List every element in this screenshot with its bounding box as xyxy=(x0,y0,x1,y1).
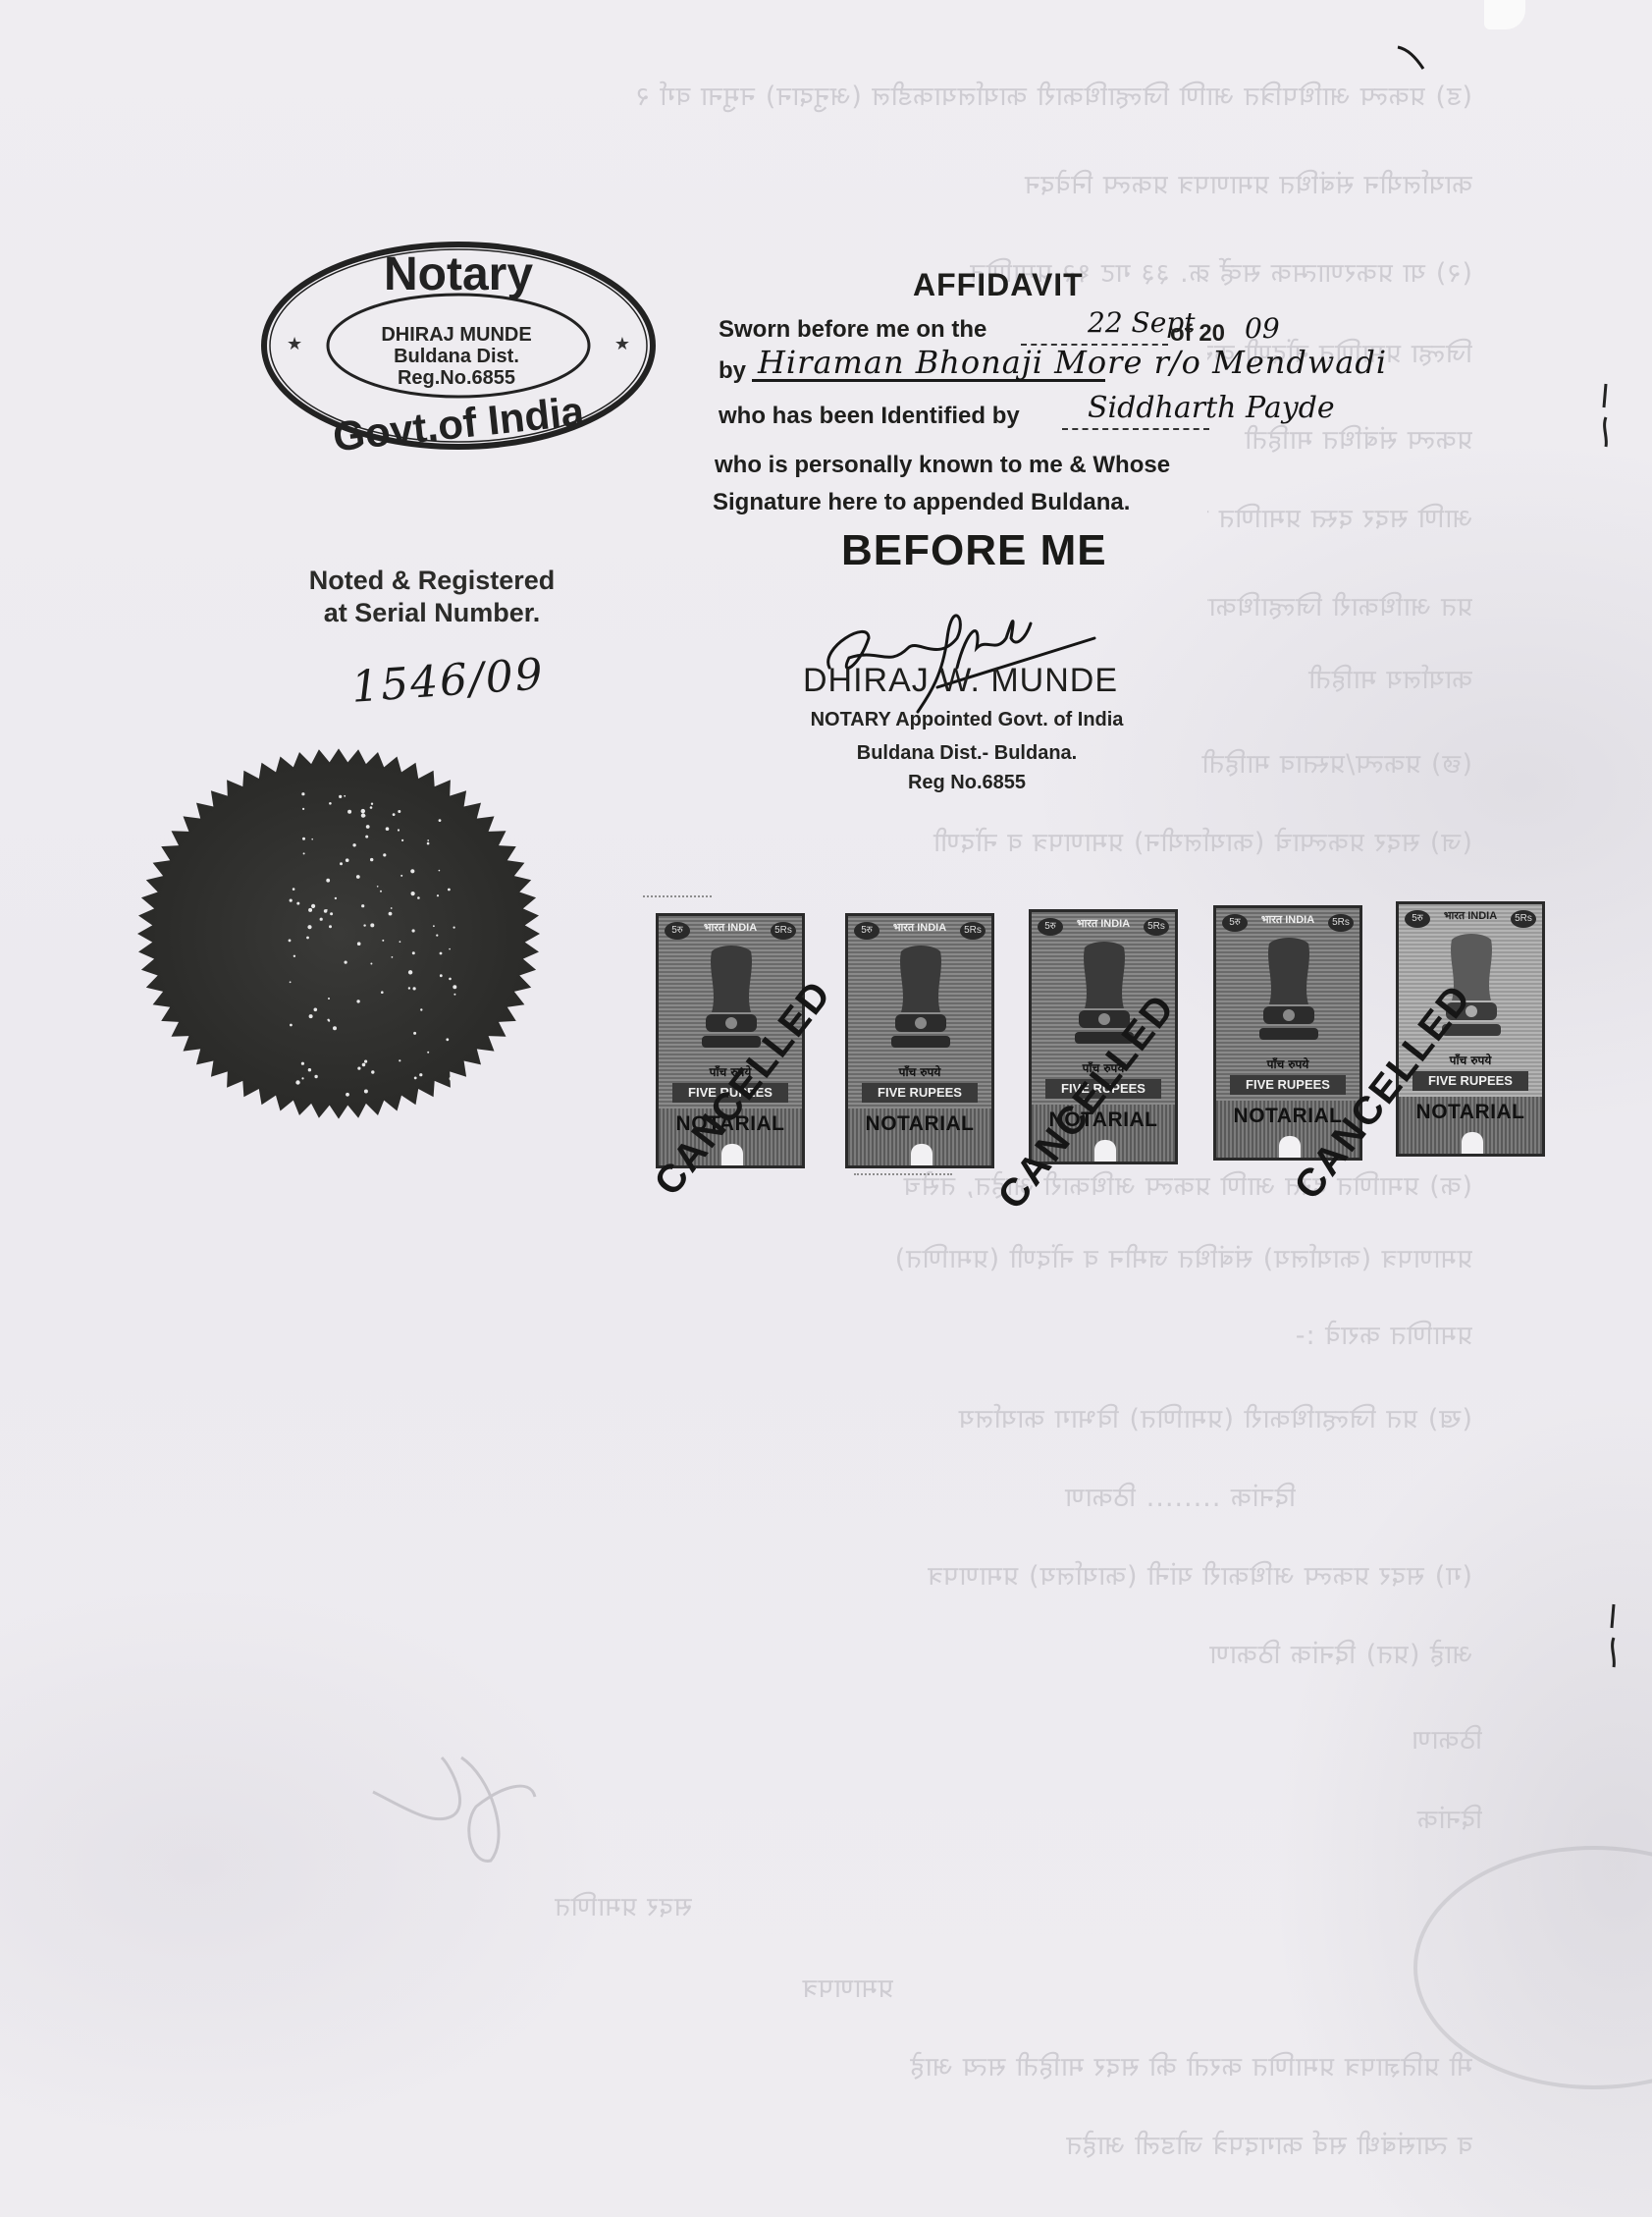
stamp-punch-hole xyxy=(1279,1136,1301,1161)
bleed-text-line: (ड) प्रकल्प आधिपत्रित आणि जिल्हाधिकारी क… xyxy=(118,77,1472,113)
denomination-badge: 5Rs xyxy=(1144,918,1169,936)
registration-line-1: Noted & Registered xyxy=(280,565,584,597)
known-line: who is personally known to me & Whose xyxy=(715,452,1170,479)
oval-stamp-name: DHIRAJ MUNDE xyxy=(334,324,579,346)
bleed-text-line: प्रमाणपत्र (कार्यालय) संबंधित जमीन व नों… xyxy=(118,1239,1472,1275)
star-icon: ★ xyxy=(287,334,302,354)
pen-mark xyxy=(1394,39,1443,79)
bleed-text-line: ठिकाण xyxy=(1413,1720,1482,1757)
notary-location: Buldana Dist.- Buldana. xyxy=(746,742,1188,765)
dotted-guide xyxy=(643,895,712,897)
identifier-handwritten: Siddharth Payde xyxy=(1088,391,1335,425)
pen-mark xyxy=(1598,378,1618,457)
ashoka-emblem-icon xyxy=(1255,934,1322,1042)
denomination-badge: 5Rs xyxy=(771,922,796,940)
bleed-text-line: प्रमाणपत्र xyxy=(785,1969,893,2005)
stamp-punch-hole xyxy=(1462,1132,1483,1157)
bleed-text-line: प्रकल्प संबंधित माहिती xyxy=(1207,420,1472,457)
faint-signature-mark xyxy=(363,1699,599,1875)
notary-oval-stamp: Notary ★ ★ DHIRAJ MUNDE Buldana Dist. Re… xyxy=(257,236,660,457)
stamp-value-hindi: पाँच रुपये xyxy=(1216,1055,1359,1072)
notary-name: DHIRAJ W. MUNDE xyxy=(803,662,1118,700)
bleed-text-line: (२) या प्रकरणात्मक सर्व्हे क्र. ३३ गट १२… xyxy=(746,253,1472,290)
signature-line: Signature here to appended Buldana. xyxy=(713,489,1130,516)
registration-note: Noted & Registered at Serial Number. xyxy=(280,565,584,629)
denomination-badge: 5Rs xyxy=(960,922,986,940)
bleed-text-line: आणि सदर दस्त प्रमाणित करण्यात येत आहे xyxy=(1207,499,1472,535)
stamp-type: NOTARIAL xyxy=(1399,1101,1542,1124)
stamp-value: FIVE RUPEES xyxy=(1412,1071,1528,1091)
bleed-text-line: आहे (प्रत) दिनांक ठिकाण xyxy=(1060,1635,1472,1671)
stamp-value: FIVE RUPEES xyxy=(862,1083,978,1103)
before-me-heading: BEFORE ME xyxy=(841,526,1107,575)
notary-reg: Reg No.6855 xyxy=(746,772,1188,794)
bleed-text-line: कार्यालय माहिती xyxy=(1119,660,1472,696)
identified-label: who has been Identified by xyxy=(719,403,1020,430)
pen-mark xyxy=(1606,1598,1625,1677)
identifier-underline xyxy=(1062,428,1209,430)
embossed-seal xyxy=(131,748,547,1119)
bleed-text-line: प्रत आधिकारी जिल्हाधिकारी व प्रकल्प अधिक… xyxy=(1207,587,1472,623)
by-label: by xyxy=(719,357,746,385)
bleed-text-line: मी प्रतिज्ञापत्र प्रमाणित करतो की सदर मा… xyxy=(118,2047,1472,2083)
stamp-punch-hole xyxy=(1094,1140,1116,1164)
bleed-text-line: (ग) सदर प्रकल्प अधिकारी यांनी (कार्यालय)… xyxy=(118,1556,1472,1593)
stamp-punch-hole xyxy=(911,1144,933,1168)
stamp-value: FIVE RUPEES xyxy=(1230,1075,1346,1095)
notarial-stamps: 5रु भारत INDIA 5Rs पाँच रुपये FIVE RUPEE… xyxy=(656,901,1549,1176)
oval-stamp-title: Notary xyxy=(257,247,660,301)
denomination-badge: 5Rs xyxy=(1511,910,1536,928)
stamp-value-hindi: पाँच रुपये xyxy=(848,1063,991,1080)
ashoka-emblem-icon xyxy=(698,942,765,1050)
deponent-handwritten: Hiraman Bhonaji More r/o Mendwadi xyxy=(758,344,1387,381)
oval-stamp-reg: Reg.No.6855 xyxy=(334,367,579,389)
notarial-stamp: 5रु भारत INDIA 5Rs पाँच रुपये FIVE RUPEE… xyxy=(845,913,994,1168)
stamp-type: NOTARIAL xyxy=(848,1112,991,1136)
bleed-text-line: दिनांक xyxy=(1413,1800,1482,1836)
denomination-badge: 5Rs xyxy=(1328,914,1354,932)
oval-stamp-district: Buldana Dist. xyxy=(334,346,579,367)
sworn-label: Sworn before me on the xyxy=(719,316,986,344)
bleed-text-line: (ख) प्रत जिल्हाधिकारी (प्रमाणित) विभाग क… xyxy=(177,1399,1472,1435)
bleed-text-line: दिनांक ........ ठिकाण xyxy=(1060,1478,1296,1514)
oval-stamp-inner: DHIRAJ MUNDE Buldana Dist. Reg.No.6855 xyxy=(334,324,579,389)
ashoka-emblem-icon xyxy=(887,942,954,1050)
bleed-text-line: व त्यासंबंधी सर्व कागदपत्रे जोडली आहेत xyxy=(118,2126,1472,2162)
year-handwritten: 09 xyxy=(1245,312,1280,345)
bleed-text-line: प्रमाणित करावे :- xyxy=(1296,1316,1472,1352)
affidavit-title: AFFIDAVIT xyxy=(913,267,1084,303)
bleed-text-line: कार्यालयीन संबंधित प्रमाणपत्र प्रकल्प नि… xyxy=(628,165,1472,201)
registration-line-2: at Serial Number. xyxy=(280,597,584,629)
star-icon: ★ xyxy=(614,334,630,354)
bleed-text-line: (ज) सदर प्रकल्पाचे (कार्यालयीन) प्रमाणपत… xyxy=(569,823,1472,859)
notary-title: NOTARY Appointed Govt. of India xyxy=(746,709,1188,731)
bleed-text-line: सदर प्रमाणित xyxy=(417,1887,692,1923)
